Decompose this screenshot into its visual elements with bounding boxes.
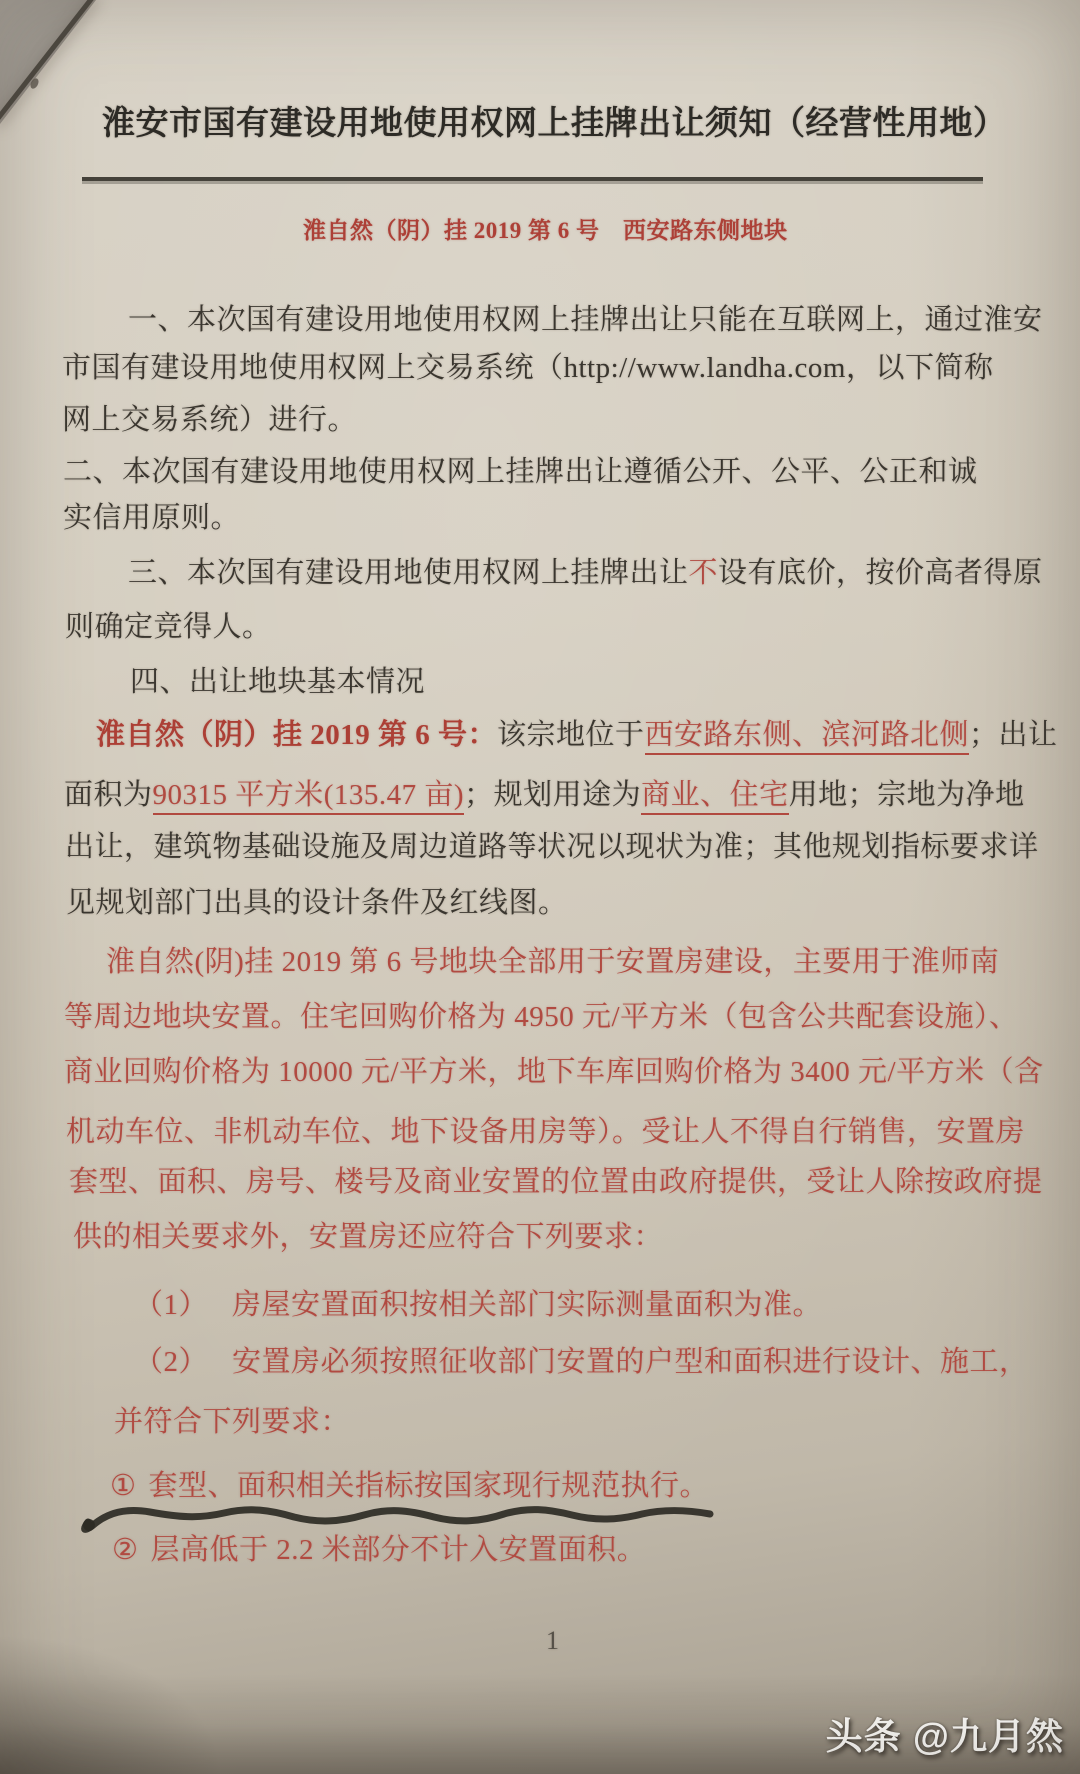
body-line: 一、本次国有建设用地使用权网上挂牌出让只能在互联网上，通过淮安 (128, 300, 1043, 340)
circled-number: ② (112, 1534, 139, 1566)
body-line: 并符合下列要求： (114, 1402, 350, 1442)
text-segment: 安置房必须按照征收部门安置的户型和面积进行设计、施工， (232, 1346, 1029, 1378)
watermark: 头条 @九月然 (826, 1706, 1064, 1760)
highlighted-char: 不 (689, 557, 719, 589)
body-line: 商业回购价格为 10000 元/平方米，地下车库回购价格为 3400 元/平方米… (64, 1052, 1044, 1092)
usage-highlight: 商业、住宅 (641, 779, 789, 815)
body-line: 市国有建设用地使用权网上交易系统（http://www.landha.com，以… (62, 348, 993, 388)
body-line: 四、出让地块基本情况 (130, 662, 425, 702)
text-segment: 网上交易系统）进行。 (62, 404, 357, 436)
body-line: 淮自然(阴)挂 2019 第 6 号地块全部用于安置房建设，主要用于淮师南 (106, 942, 999, 982)
photo-corner-shadow (0, 1624, 240, 1774)
title-divider-line (82, 177, 983, 181)
body-line: 套型、面积、房号、楼号及商业安置的位置由政府提供，受让人除按政府提 (69, 1162, 1043, 1202)
area-highlight: 90315 平方米(135.47 亩) (153, 779, 465, 815)
body-line: 二、本次国有建设用地使用权网上挂牌出让遵循公开、公平、公正和诚 (63, 452, 978, 492)
body-line: 淮自然（阴）挂 2019 第 6 号：该宗地位于西安路东侧、滨河路北侧；出让 (96, 715, 1058, 755)
body-line: （2）安置房必须按照征收部门安置的户型和面积进行设计、施工， (134, 1342, 1029, 1382)
body-line: 则确定竞得人。 (65, 607, 272, 647)
body-line: 供的相关要求外，安置房还应符合下列要求： (73, 1217, 663, 1257)
doc-number-subtitle: 淮自然（阴）挂 2019 第 6 号 西安路东侧地块 (303, 212, 788, 245)
location-highlight: 西安路东侧、滨河路北侧 (645, 719, 970, 755)
page-number: 1 (546, 1626, 559, 1656)
body-line: 三、本次国有建设用地使用权网上挂牌出让不设有底价，按价高者得原 (128, 553, 1043, 593)
body-line: （1）房屋安置面积按相关部门实际测量面积为准。 (134, 1285, 822, 1325)
handwritten-wavy-underline (78, 1498, 726, 1538)
text-segment: 市国有建设用地使用权网上交易系统（http://www.landha.com，以… (62, 352, 993, 384)
text-segment: ；出让 (969, 719, 1058, 751)
text-segment: ；规划用途为 (464, 779, 641, 811)
text-segment: 三、本次国有建设用地使用权网上挂牌出让 (128, 557, 689, 589)
body-line: 机动车位、非机动车位、地下设备用房等）。受让人不得自行销售，安置房 (66, 1112, 1025, 1152)
text-segment: 则确定竞得人。 (65, 611, 272, 643)
text-segment: 机动车位、非机动车位、地下设备用房等）。受让人不得自行销售，安置房 (66, 1116, 1025, 1148)
text-segment: 面积为 (64, 779, 153, 811)
page-title: 淮安市国有建设用地使用权网上挂牌出让须知（经营性用地） (102, 97, 1007, 144)
body-line: 见规划部门出具的设计条件及红线图。 (66, 883, 568, 923)
text-segment: 见规划部门出具的设计条件及红线图。 (66, 887, 568, 919)
text-segment: 房屋安置面积按相关部门实际测量面积为准。 (232, 1289, 822, 1321)
text-segment: 并符合下列要求： (114, 1406, 350, 1438)
text-segment: 套型、面积、房号、楼号及商业安置的位置由政府提供，受让人除按政府提 (69, 1166, 1043, 1198)
text-segment: 该宗地位于 (497, 719, 645, 751)
text-segment: 出让，建筑物基础设施及周边道路等状况以现状为准；其他规划指标要求详 (65, 831, 1039, 863)
list-marker: （2） (134, 1346, 208, 1378)
doc-number-label: 淮自然（阴）挂 2019 第 6 号： (96, 719, 497, 751)
body-line: 面积为90315 平方米(135.47 亩)；规划用途为商业、住宅用地；宗地为净… (64, 775, 1025, 815)
text-segment: 淮自然(阴)挂 2019 第 6 号地块全部用于安置房建设，主要用于淮师南 (106, 946, 999, 978)
text-segment: 一、本次国有建设用地使用权网上挂牌出让只能在互联网上，通过淮安 (128, 304, 1043, 336)
text-segment: 商业回购价格为 10000 元/平方米，地下车库回购价格为 3400 元/平方米… (64, 1056, 1044, 1088)
text-segment: 等周边地块安置。住宅回购价格为 4950 元/平方米（包含公共配套设施）、 (64, 1001, 1019, 1033)
body-line: 出让，建筑物基础设施及周边道路等状况以现状为准；其他规划指标要求详 (65, 827, 1039, 867)
text-segment: 四、出让地块基本情况 (130, 666, 425, 698)
body-line: 网上交易系统）进行。 (62, 400, 357, 440)
text-segment: 实信用原则。 (63, 502, 240, 534)
body-line: 等周边地块安置。住宅回购价格为 4950 元/平方米（包含公共配套设施）、 (64, 997, 1019, 1037)
document-photo: 淮安市国有建设用地使用权网上挂牌出让须知（经营性用地） 淮自然（阴）挂 2019… (0, 0, 1080, 1774)
text-segment: 供的相关要求外，安置房还应符合下列要求： (73, 1221, 663, 1253)
text-segment: 层高低于 2.2 米部分不计入安置面积。 (151, 1534, 647, 1566)
text-segment: 设有底价，按价高者得原 (718, 557, 1043, 589)
body-line: 实信用原则。 (63, 498, 240, 538)
list-marker: （1） (134, 1289, 208, 1321)
text-segment: 用地；宗地为净地 (789, 779, 1025, 811)
text-segment: 二、本次国有建设用地使用权网上挂牌出让遵循公开、公平、公正和诚 (63, 456, 978, 488)
